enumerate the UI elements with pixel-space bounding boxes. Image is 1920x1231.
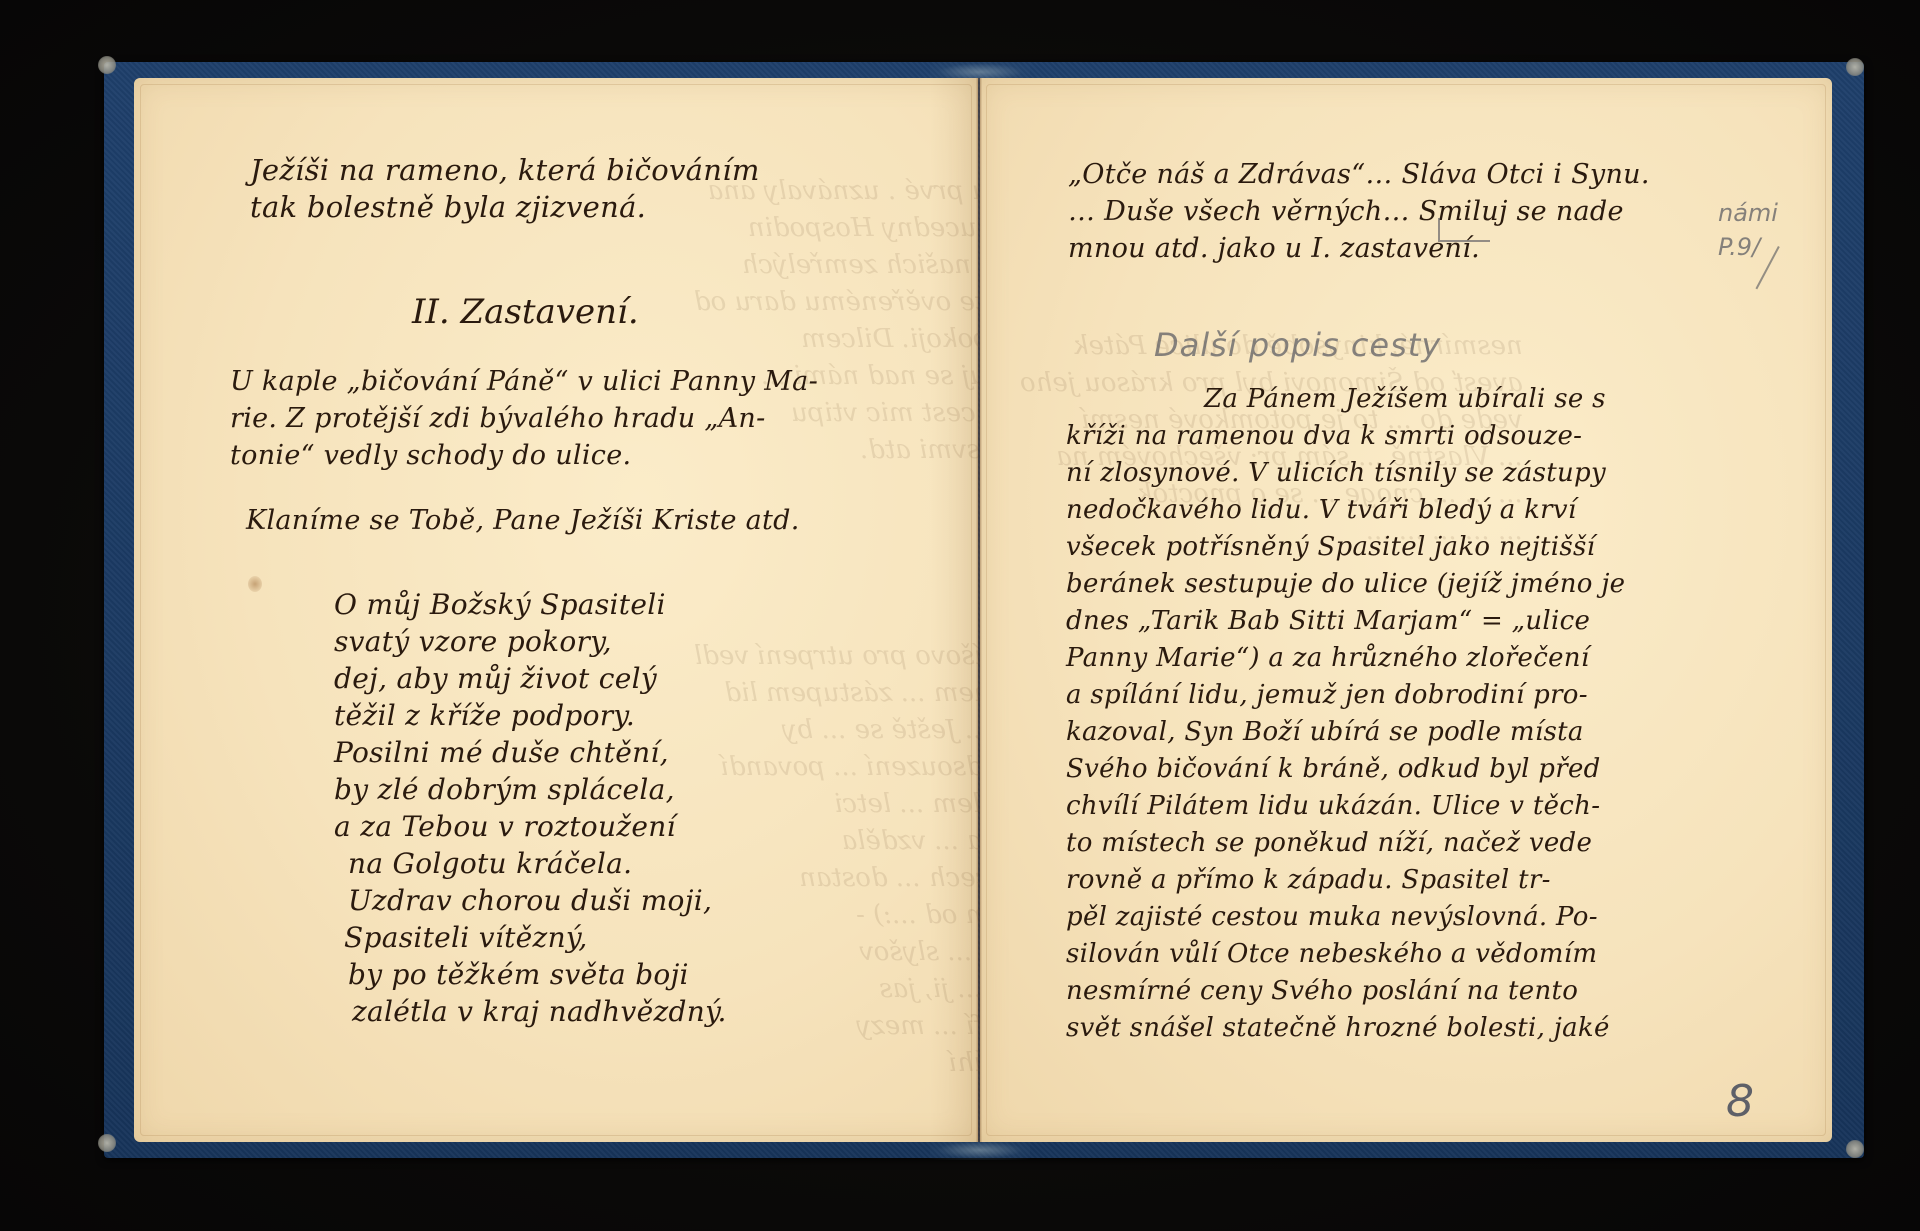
text-line: všecek potřísněný Spasitel jako nejtišší [1066, 529, 1625, 566]
text-line: to místech se poněkud níží, načež vede [1066, 825, 1625, 862]
poem-line: O můj Božský Spasiteli [334, 586, 727, 623]
right-body-text: Za Pánem Ježíšem ubírali se s kříži na r… [1066, 381, 1625, 1047]
cover-corner-wear-tl [98, 56, 116, 74]
text-line: dnes „Tarik Bab Sitti Marjam“ = „ulice [1066, 603, 1625, 640]
poem-line: by po těžkém světa boji [334, 956, 727, 993]
text-line: mnou atd. jako u I. zastavení. [1068, 230, 1650, 267]
poem-line: Spasiteli vítězný, [334, 919, 727, 956]
cover-corner-wear-tr [1846, 58, 1864, 76]
pencil-heading: Další popis cesty [1154, 326, 1441, 364]
text-line: nedočkavého lidu. V tváři bledý a krví [1066, 492, 1625, 529]
text-line: rie. Z protější zdi bývalého hradu „An- [230, 400, 818, 437]
poem-line: zalétla v kraj nadhvězdný. [334, 993, 727, 1030]
left-opening-text: Ježíši na rameno, která bičováním tak bo… [250, 152, 760, 226]
poem-line: svatý vzore pokory, [334, 623, 727, 660]
text-line: … Duše všech věrných… Smiluj se nade [1068, 193, 1650, 230]
cover-corner-wear-br [1846, 1140, 1864, 1158]
text-line: silován vůlí Otce nebeského a vědomím [1066, 936, 1625, 973]
text-line: Panny Marie“) a za hrůzného zlořečení [1066, 640, 1625, 677]
right-opening-text: „Otče náš a Zdrávas“… Sláva Otci i Synu.… [1068, 156, 1650, 267]
text-line: kříži na ramenou dva k smrti odsouze- [1066, 418, 1625, 455]
spine-wear-bottom [930, 1140, 1030, 1160]
poem-line: dej, aby můj život celý [334, 660, 727, 697]
text-line: Ježíši na rameno, která bičováním [250, 152, 760, 189]
text-line: tak bolestně byla zjizvená. [250, 189, 760, 226]
text-line: rovně a přímo k západu. Spasitel tr- [1066, 862, 1625, 899]
poem-line: Posilni mé duše chtění, [334, 734, 727, 771]
text-line: Svého bičování k bráně, odkud byl před [1066, 751, 1625, 788]
text-line: a spílání lidu, jemuž jen dobrodiní pro- [1066, 677, 1625, 714]
text-line: kazoval, Syn Boží ubírá se podle místa [1066, 714, 1625, 751]
text-line: „Otče náš a Zdrávas“… Sláva Otci i Synu. [1068, 156, 1650, 193]
page-number: 8 [1726, 1076, 1754, 1127]
ink-spot [248, 576, 262, 592]
text-line: Za Pánem Ježíšem ubírali se s [1066, 381, 1625, 418]
scan-stage: lo mu prvé . uznávaly ana vchy ucedny Ho… [0, 0, 1920, 1231]
text-line: ní zlosynové. V ulicích tísnily se zástu… [1066, 455, 1625, 492]
text-line: nesmírné ceny Svého poslání na tento [1066, 973, 1625, 1010]
poem-line: na Golgotu kráčela. [334, 845, 727, 882]
text-line: pěl zajisté cestou muka nevýslovná. Po- [1066, 899, 1625, 936]
poem: O můj Božský Spasiteli svatý vzore pokor… [334, 586, 727, 1030]
poem-line: Uzdrav chorou duši moji, [334, 882, 727, 919]
station-description: U kaple „bičování Páně“ v ulici Panny Ma… [230, 363, 818, 474]
text-line: chvílí Pilátem lidu ukázán. Ulice v těch… [1066, 788, 1625, 825]
gutter-shadow-left [930, 78, 978, 1142]
poem-line: těžil z kříže podpory. [334, 697, 727, 734]
cover-corner-wear-bl [98, 1134, 116, 1152]
text-line: beránek sestupuje do ulice (jejíž jméno … [1066, 566, 1625, 603]
book-gutter [976, 78, 982, 1142]
text-line: tonie“ vedly schody do ulice. [230, 437, 818, 474]
text-line: svět snášel statečně hrozné bolesti, jak… [1066, 1010, 1625, 1047]
pencil-margin-note: námi P.9/ [1718, 196, 1778, 264]
prayer-line: Klaníme se Tobě, Pane Ježíši Kriste atd. [246, 502, 800, 539]
pencil-insertion-mark [1438, 218, 1490, 242]
text-line: U kaple „bičování Páně“ v ulici Panny Ma… [230, 363, 818, 400]
poem-line: by zlé dobrým splácela, [334, 771, 727, 808]
poem-line: a za Tebou v roztoužení [334, 808, 727, 845]
station-heading: II. Zastavení. [412, 292, 639, 332]
